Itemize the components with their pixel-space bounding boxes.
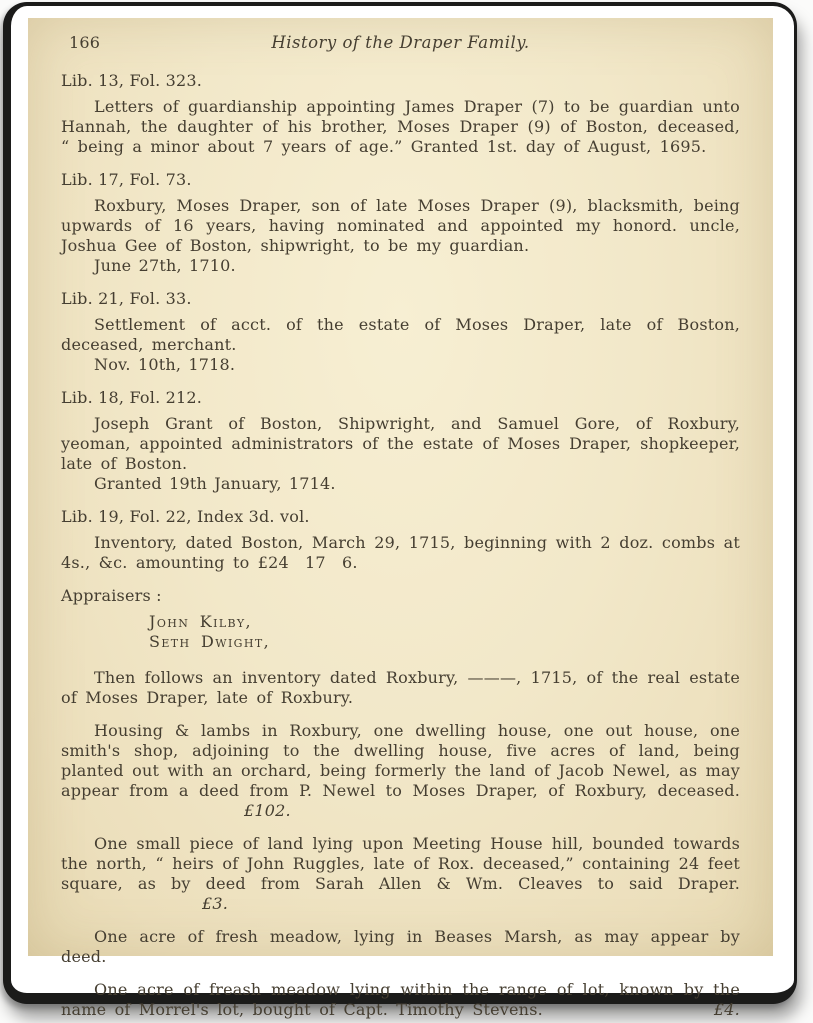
record-paragraph: Joseph Grant of Boston, Shipwright, and … xyxy=(61,414,740,474)
appraisers-label: Appraisers : xyxy=(61,586,740,606)
record-lib-13: Lib. 13, Fol. 323. Letters of guardiansh… xyxy=(61,71,740,157)
record-lib-21: Lib. 21, Fol. 33. Settlement of acct. of… xyxy=(61,289,740,375)
record-label: Lib. 21, Fol. 33. xyxy=(61,289,740,309)
record-label: Lib. 19, Fol. 22, Index 3d. vol. xyxy=(61,507,740,527)
inventory-item-text: One acre of fresh meadow, lying in Bease… xyxy=(61,927,740,967)
inventory-item: One acre of freash meadow lying within t… xyxy=(61,980,740,1020)
scanned-book-photo: 166 History of the Draper Family. Lib. 1… xyxy=(0,0,813,1023)
record-date: Nov. 10th, 1718. xyxy=(61,355,740,375)
record-label: Lib. 18, Fol. 212. xyxy=(61,388,740,408)
record-label: Lib. 13, Fol. 323. xyxy=(61,71,740,91)
appraiser-name: Seth Dwight, xyxy=(149,632,740,652)
record-paragraph: Letters of guardianship appointing James… xyxy=(61,97,740,157)
record-date: Granted 19th January, 1714. xyxy=(61,474,740,494)
item-amount: £102. xyxy=(211,801,291,821)
inventory-item: Housing & lambs in Roxbury, one dwelling… xyxy=(61,721,740,821)
appraisers-section: Appraisers : John Kilby, Seth Dwight, xyxy=(61,586,740,652)
inventory-item-text: One small piece of land lying upon Meeti… xyxy=(61,834,740,914)
record-label: Lib. 17, Fol. 73. xyxy=(61,170,740,190)
item-description: One acre of fresh meadow, lying in Bease… xyxy=(61,927,740,966)
inventory-intro: Then follows an inventory dated Roxbury,… xyxy=(61,668,740,708)
record-date: June 27th, 1710. xyxy=(61,256,740,276)
record-lib-17: Lib. 17, Fol. 73. Roxbury, Moses Draper,… xyxy=(61,170,740,276)
inventory-item: One acre of fresh meadow, lying in Bease… xyxy=(61,927,740,967)
record-lib-19: Lib. 19, Fol. 22, Index 3d. vol. Invento… xyxy=(61,507,740,573)
page-header: 166 History of the Draper Family. xyxy=(61,33,740,55)
record-paragraph: Inventory, dated Boston, March 29, 1715,… xyxy=(61,533,740,573)
record-paragraph: Roxbury, Moses Draper, son of late Moses… xyxy=(61,196,740,256)
book-page: 166 History of the Draper Family. Lib. 1… xyxy=(28,18,773,956)
item-amount: £3. xyxy=(169,894,228,914)
inventory-item-text: Housing & lambs in Roxbury, one dwelling… xyxy=(61,721,740,821)
item-description: One acre of freash meadow lying within t… xyxy=(61,980,740,1019)
inventory-item: One small piece of land lying upon Meeti… xyxy=(61,834,740,914)
page-title: History of the Draper Family. xyxy=(61,33,740,53)
page-content: 166 History of the Draper Family. Lib. 1… xyxy=(28,18,773,1020)
appraiser-name: John Kilby, xyxy=(149,612,740,632)
item-amount: £4. xyxy=(681,1000,740,1020)
record-lib-18: Lib. 18, Fol. 212. Joseph Grant of Bosto… xyxy=(61,388,740,494)
item-description: One small piece of land lying upon Meeti… xyxy=(61,834,740,893)
item-description: Housing & lambs in Roxbury, one dwelling… xyxy=(61,721,740,800)
photo-frame: 166 History of the Draper Family. Lib. 1… xyxy=(3,2,797,1004)
record-paragraph: Settlement of acct. of the estate of Mos… xyxy=(61,315,740,355)
inventory-item-text: One acre of freash meadow lying within t… xyxy=(61,980,740,1020)
page-number: 166 xyxy=(69,33,100,53)
